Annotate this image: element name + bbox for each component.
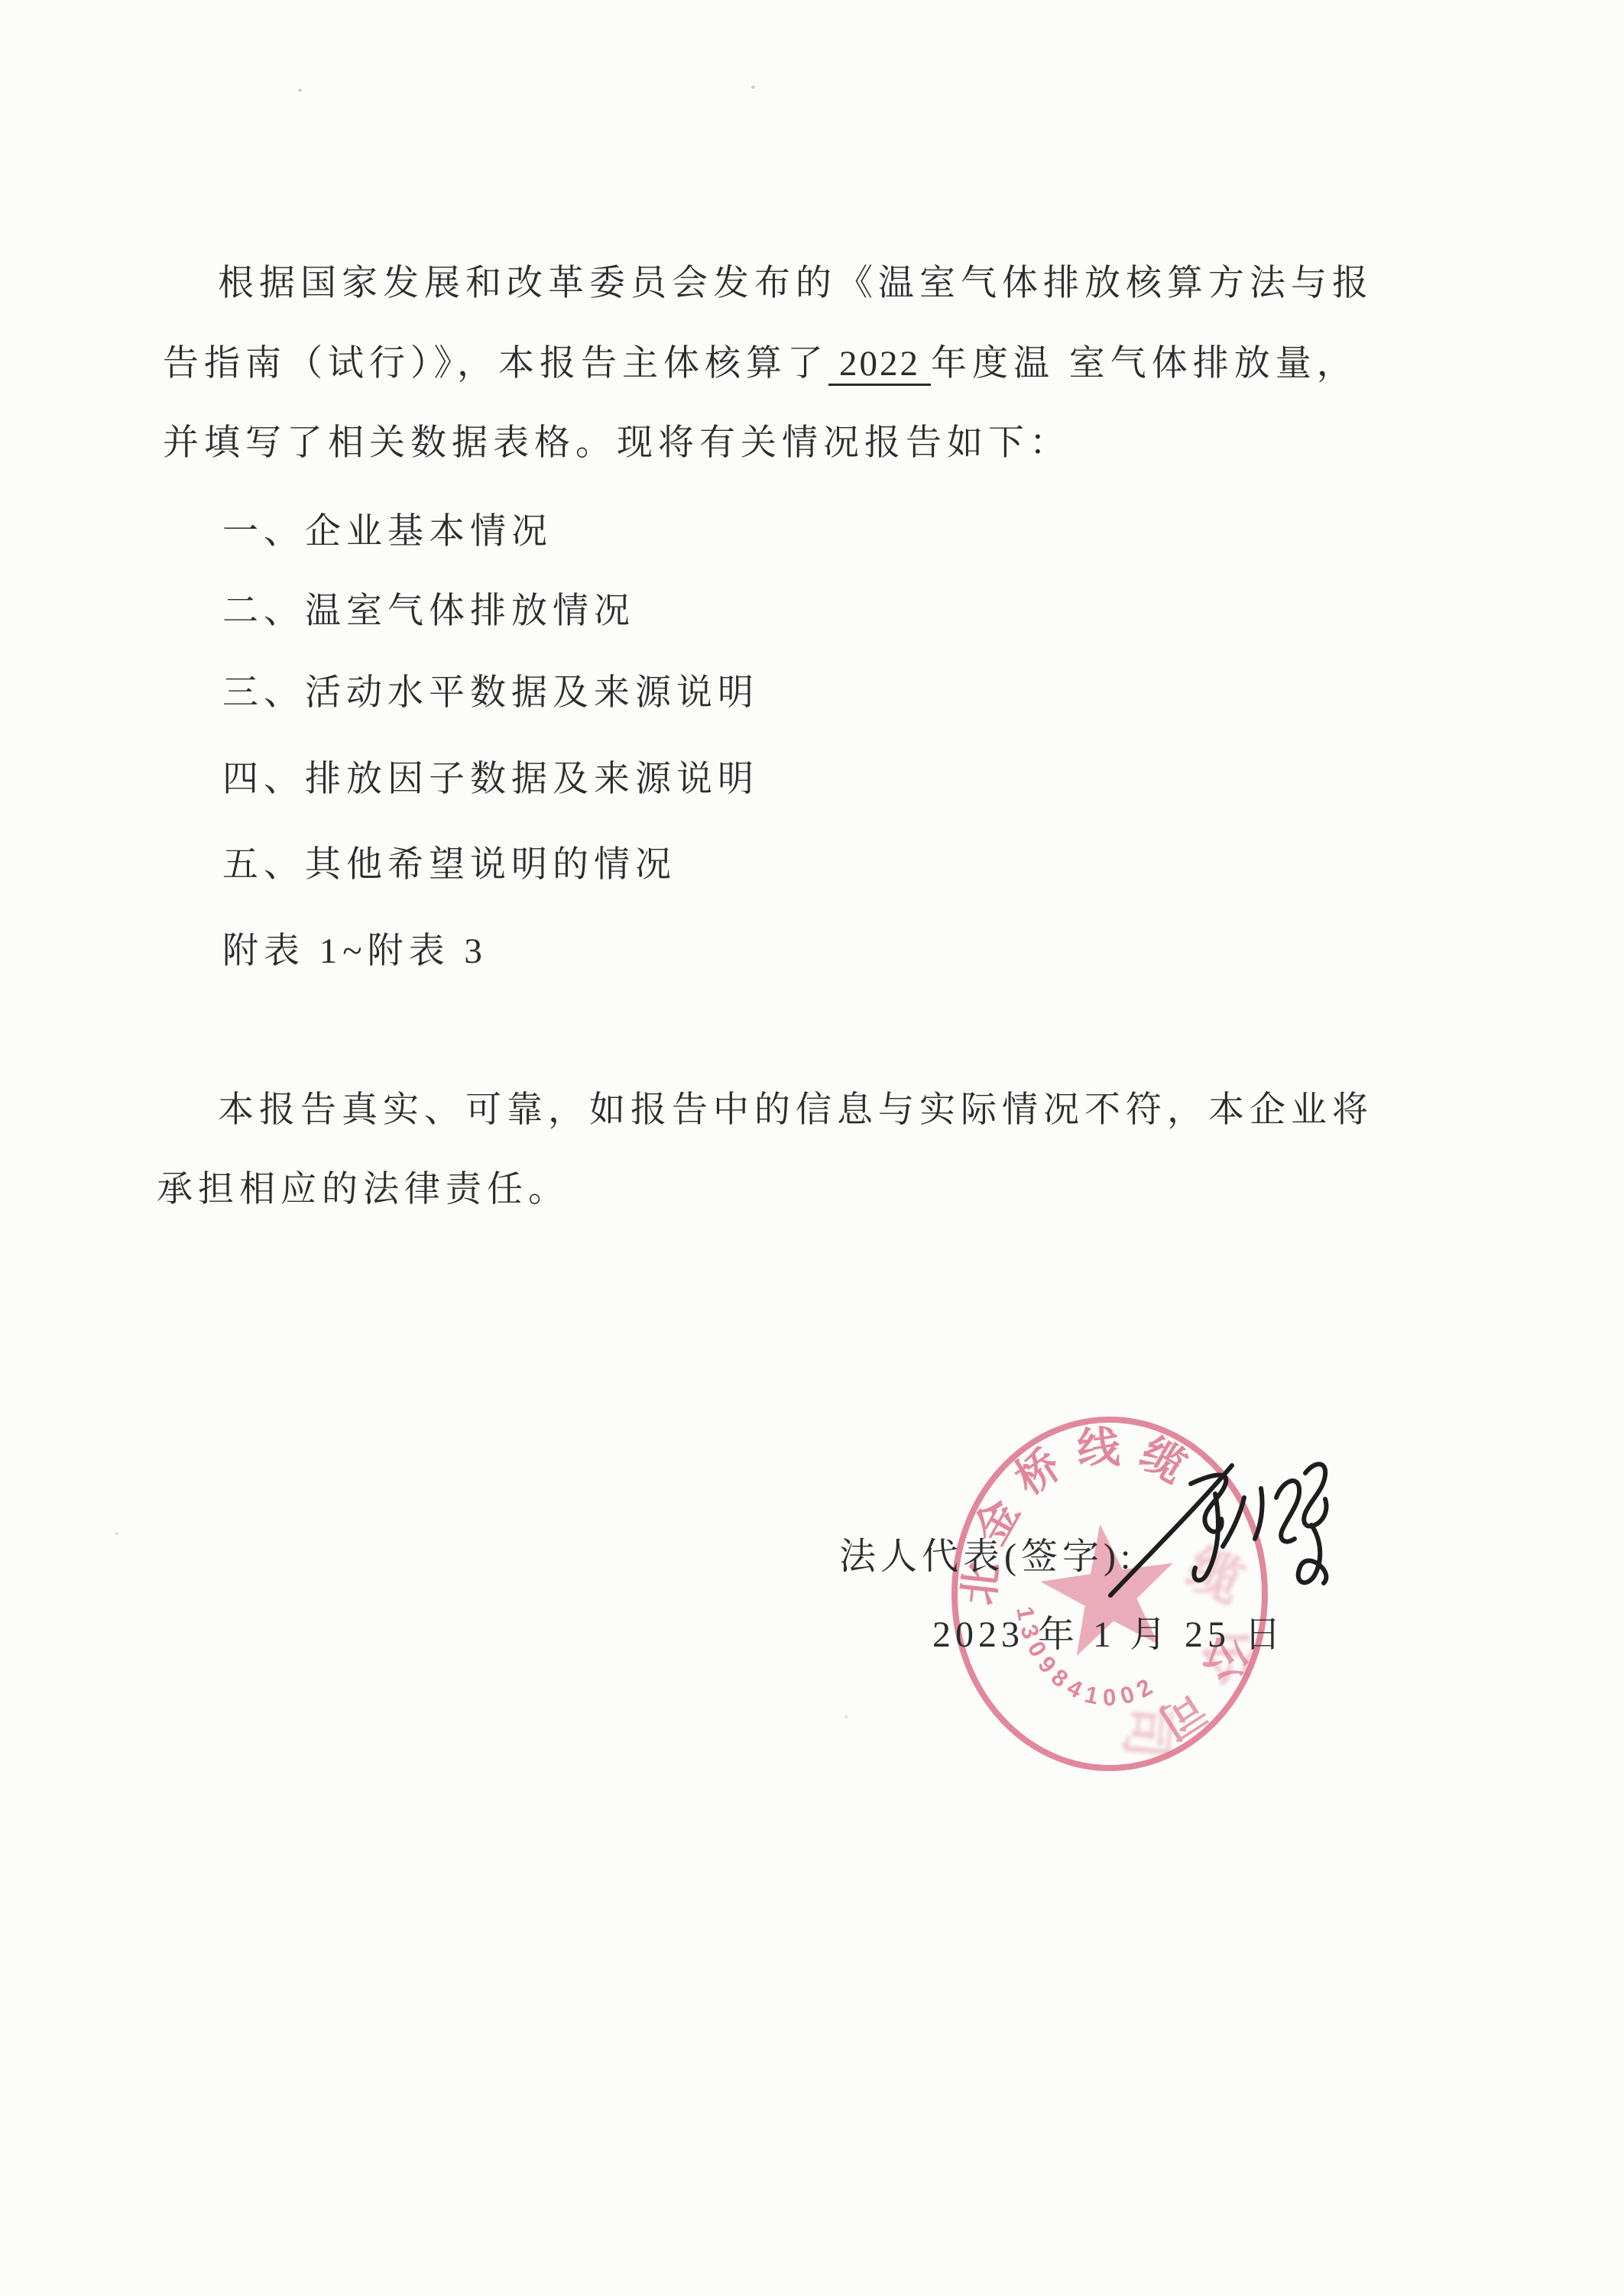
svg-text:司: 司 (1115, 1703, 1179, 1762)
intro-paragraph-line-3: 并填写了相关数据表格。现将有关情况报告如下： (163, 421, 1071, 466)
legal-representative-label: 法人代表(签字): (839, 1527, 1135, 1579)
scan-speck (298, 89, 302, 92)
list-item-2-ghg-emission-status: 二、温室气体排放情况 (222, 589, 635, 634)
intro-paragraph-line-2: 告指南（试行）》，本报告主体核算了2022年度温 室气体排放量， (163, 342, 1358, 387)
list-item-4-emission-factor-source: 四、排放因子数据及来源说明 (222, 757, 759, 802)
scan-speck (844, 1715, 848, 1718)
svg-text:缆: 缆 (1178, 1537, 1252, 1614)
declaration-line-1: 本报告真实、可靠，如报告中的信息与实际情况不符，本企业将 (218, 1088, 1373, 1133)
scan-speck (751, 86, 755, 89)
reporting-year-underlined: 2022 (828, 344, 931, 386)
list-item-5-other-notes: 五、其他希望说明的情况 (222, 843, 676, 888)
appendix-tables-line: 附表 1~附表 3 (222, 929, 488, 974)
list-item-1-company-basic-info: 一、企业基本情况 (222, 510, 553, 555)
intro-paragraph-line-1: 根据国家发展和改革委员会发布的《温室气体排放核算方法与报 (218, 261, 1373, 306)
intro-line-2-prefix: 告指南（试行）》，本报告主体核算了 (163, 344, 828, 384)
signature-date: 2023 年 1 月 25 日 (932, 1605, 1285, 1657)
list-item-3-activity-data-source: 三、活动水平数据及来源说明 (222, 671, 759, 716)
scanned-report-page: 根据国家发展和改革委员会发布的《温室气体排放核算方法与报 告指南（试行）》，本报… (0, 0, 1624, 2296)
intro-line-2-suffix: 年度温 室气体排放量， (931, 344, 1358, 384)
declaration-line-2: 承担相应的法律责任。 (157, 1167, 569, 1213)
scan-speck (115, 1532, 118, 1535)
